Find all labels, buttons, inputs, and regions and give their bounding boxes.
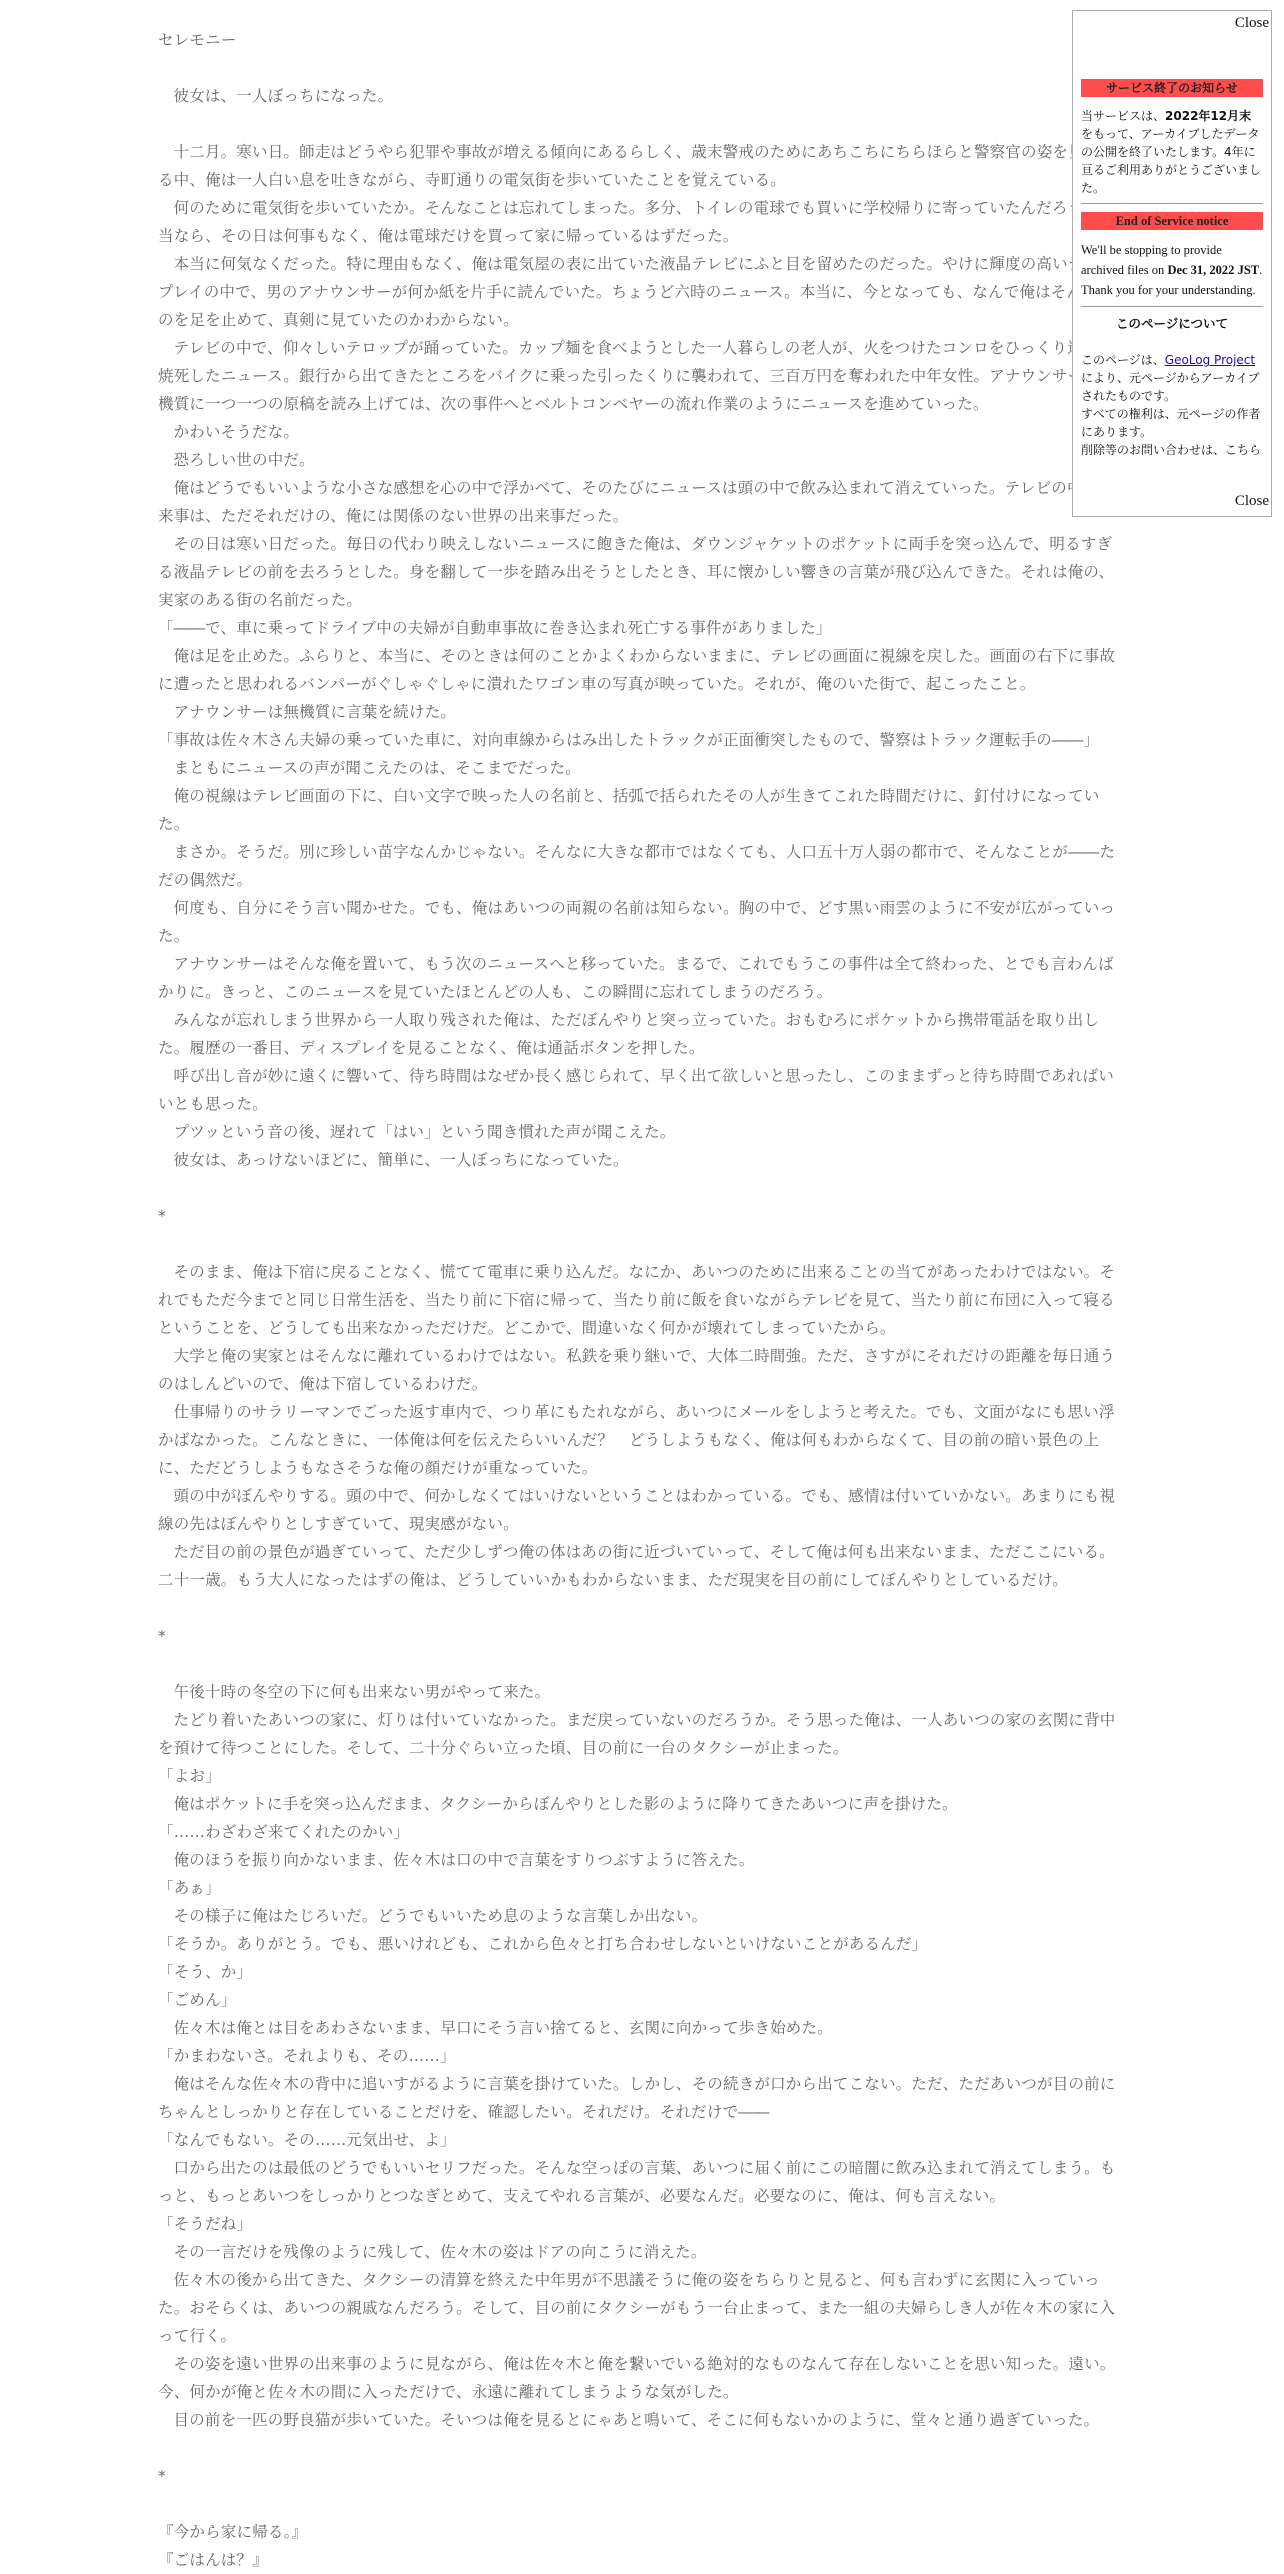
- spacer: [158, 1230, 1120, 1258]
- section-separator: *: [158, 1622, 1120, 1650]
- close-button-top[interactable]: Close: [1235, 15, 1269, 32]
- spacer: [158, 2434, 1120, 2462]
- paragraph: 何度も、自分にそう言い聞かせた。でも、俺はあいつの両親の名前は知らない。胸の中で…: [158, 894, 1120, 950]
- paragraph: 午後十時の冬空の下に何も出来ない男がやって来た。: [158, 1678, 1120, 1706]
- paragraph: 『今から家に帰る。』: [158, 2518, 1120, 2546]
- paragraph: プツッという音の後、遅れて「はい」という聞き慣れた声が聞こえた。: [158, 1118, 1120, 1146]
- paragraph: 「あぁ」: [158, 1874, 1120, 1902]
- notice-date-en: Dec 31, 2022: [1167, 263, 1234, 277]
- notice-banner-jp: サービス終了のお知らせ: [1081, 79, 1263, 97]
- close-button-bottom[interactable]: Close: [1231, 493, 1269, 510]
- notice-text: 当サービスは、: [1081, 109, 1165, 123]
- paragraph: 目の前を一匹の野良猫が歩いていた。そいつは俺を見るとにゃあと鳴いて、そこに何もな…: [158, 2406, 1120, 2434]
- section-separator: *: [158, 2462, 1120, 2490]
- spacer: [158, 54, 1120, 82]
- paragraph: 俺はそんな佐々木の背中に追いすがるように言葉を掛けていた。しかし、その続きが口か…: [158, 2070, 1120, 2126]
- divider: [1081, 306, 1263, 307]
- paragraph: 「ごめん」: [158, 1986, 1120, 2014]
- notice-body-en: We'll be stopping to provide archived fi…: [1081, 240, 1263, 300]
- paragraph: その日は寒い日だった。毎日の代わり映えしないニュースに飽きた俺は、ダウンジャケッ…: [158, 530, 1120, 614]
- paragraph: 「かまわないさ。それよりも、その……」: [158, 2042, 1120, 2070]
- paragraph: ただ目の前の景色が過ぎていって、ただ少しずつ俺の体はあの街に近づいていって、そし…: [158, 1538, 1120, 1594]
- geolog-project-link[interactable]: GeoLog Project: [1165, 353, 1255, 367]
- paragraph: アナウンサーはそんな俺を置いて、もう次のニュースへと移っていた。まるで、これでも…: [158, 950, 1120, 1006]
- paragraph: たどり着いたあいつの家に、灯りは付いていなかった。まだ戻っていないのだろうか。そ…: [158, 1706, 1120, 1762]
- notice-content: サービス終了のお知らせ 当サービスは、2022年12月末をもって、アーカイブした…: [1081, 79, 1263, 455]
- spacer: [158, 1650, 1120, 1678]
- notice-date-jp: 2022年12月末: [1165, 109, 1251, 123]
- paragraph: まさか。そうだ。別に珍しい苗字なんかじゃない。そんなに大きな都市ではなくても、人…: [158, 838, 1120, 894]
- contact-text: 削除等のお問い合わせは、こちら: [1081, 443, 1261, 455]
- article-title: セレモニー: [158, 26, 1120, 54]
- section-2: そのまま、俺は下宿に戻ることなく、慌てて電車に乗り込んだ。なにか、あいつのために…: [158, 1258, 1120, 1594]
- paragraph: 何のために電気街を歩いていたか。そんなことは忘れてしまった。多分、トイレの電球で…: [158, 194, 1120, 250]
- paragraph: 「……わざわざ来てくれたのかい」: [158, 1818, 1120, 1846]
- about-text: このページは、: [1081, 353, 1165, 367]
- spacer: [158, 1594, 1120, 1622]
- contact-text-cut: 削除等のお問い合わせは、こちら: [1081, 441, 1263, 455]
- paragraph: 俺はどうでもいいような小さな感想を心の中で浮かべて、そのたびにニュースは頭の中で…: [158, 474, 1120, 530]
- notice-text: をもって、アーカイブしたデータの公開を終了いたします。4年に亘るご利用ありがとう…: [1081, 127, 1261, 195]
- paragraph: 呼び出し音が妙に遠くに響いて、待ち時間はなぜか長く感じられて、早く出て欲しいと思…: [158, 1062, 1120, 1118]
- paragraph: 俺は足を止めた。ふらりと、本当に、そのときは何のことかよくわからないままに、テレ…: [158, 642, 1120, 698]
- section-3: 午後十時の冬空の下に何も出来ない男がやって来た。たどり着いたあいつの家に、灯りは…: [158, 1678, 1120, 2434]
- paragraph: 大学と俺の実家とはそんなに離れているわけではない。私鉄を乗り継いで、大体二時間強…: [158, 1342, 1120, 1398]
- notice-banner-en: End of Service notice: [1081, 212, 1263, 230]
- paragraph: 十二月。寒い日。師走はどうやら犯罪や事故が増える傾向にあるらしく、歳末警戒のため…: [158, 138, 1120, 194]
- paragraph: まともにニュースの声が聞こえたのは、そこまでだった。: [158, 754, 1120, 782]
- paragraph: テレビの中で、仰々しいテロップが踊っていた。カップ麺を食べようとした一人暮らしの…: [158, 334, 1120, 418]
- rights-text: すべての権利は、元ページの作者にあります。: [1081, 407, 1261, 439]
- opening-line: 彼女は、一人ぼっちになった。: [158, 82, 1120, 110]
- paragraph: 俺の視線はテレビ画面の下に、白い文字で映った人の名前と、括弧で括られたその人が生…: [158, 782, 1120, 838]
- service-notice-popup: Close サービス終了のお知らせ 当サービスは、2022年12月末をもって、ア…: [1072, 10, 1272, 517]
- notice-body-jp: 当サービスは、2022年12月末をもって、アーカイブしたデータの公開を終了いたし…: [1081, 107, 1263, 197]
- about-body: このページは、GeoLog Projectにより、元ページからアーカイブされたも…: [1081, 351, 1263, 455]
- paragraph: 本当に何気なくだった。特に理由もなく、俺は電気屋の表に出ていた液晶テレビにふと目…: [158, 250, 1120, 334]
- paragraph: 口から出たのは最低のどうでもいいセリフだった。そんな空っぽの言葉、あいつに届く前…: [158, 2154, 1120, 2210]
- paragraph: 仕事帰りのサラリーマンでごった返す車内で、つり革にもたれながら、あいつにメールを…: [158, 1398, 1120, 1482]
- paragraph: 彼女は、あっけないほどに、簡単に、一人ぼっちになっていた。: [158, 1146, 1120, 1174]
- paragraph: 『ごはんは？』: [158, 2546, 1120, 2574]
- divider: [1081, 203, 1263, 204]
- notice-timezone: JST: [1238, 263, 1260, 277]
- section-4: 『今から家に帰る。』『ごはんは？』: [158, 2518, 1120, 2574]
- paragraph: 佐々木は俺とは目をあわさないまま、早口にそう言い捨てると、玄関に向かって歩き始め…: [158, 2014, 1120, 2042]
- about-text: により、元ページからアーカイブされたものです。: [1081, 371, 1259, 403]
- paragraph: 恐ろしい世の中だ。: [158, 446, 1120, 474]
- paragraph: 「事故は佐々木さん夫婦の乗っていた車に、対向車線からはみ出したトラックが正面衝突…: [158, 726, 1120, 754]
- paragraph: 「よお」: [158, 1762, 1120, 1790]
- spacer: [158, 2490, 1120, 2518]
- paragraph: 「そう、か」: [158, 1958, 1120, 1986]
- section-separator: *: [158, 1202, 1120, 1230]
- article: セレモニー 彼女は、一人ぼっちになった。 十二月。寒い日。師走はどうやら犯罪や事…: [158, 26, 1120, 2574]
- paragraph: その様子に俺はたじろいだ。どうでもいいため息のような言葉しか出ない。: [158, 1902, 1120, 1930]
- paragraph: その一言だけを残像のように残して、佐々木の姿はドアの向こうに消えた。: [158, 2238, 1120, 2266]
- paragraph: かわいそうだな。: [158, 418, 1120, 446]
- paragraph: 俺のほうを振り向かないまま、佐々木は口の中で言葉をすりつぶすように答えた。: [158, 1846, 1120, 1874]
- about-title: このページについて: [1081, 315, 1263, 333]
- paragraph: 佐々木の後から出てきた、タクシーの清算を終えた中年男が不思議そうに俺の姿をちらり…: [158, 2266, 1120, 2350]
- paragraph: そのまま、俺は下宿に戻ることなく、慌てて電車に乗り込んだ。なにか、あいつのために…: [158, 1258, 1120, 1342]
- paragraph: 頭の中がぼんやりする。頭の中で、何かしなくてはいけないということはわかっている。…: [158, 1482, 1120, 1538]
- paragraph: アナウンサーは無機質に言葉を続けた。: [158, 698, 1120, 726]
- paragraph: 「なんでもない。その……元気出せ、よ」: [158, 2126, 1120, 2154]
- paragraph: その姿を遠い世界の出来事のように見ながら、俺は佐々木と俺を繋いでいる絶対的なもの…: [158, 2350, 1120, 2406]
- spacer: [158, 110, 1120, 138]
- section-1: 十二月。寒い日。師走はどうやら犯罪や事故が増える傾向にあるらしく、歳末警戒のため…: [158, 138, 1120, 1174]
- paragraph: 俺はポケットに手を突っ込んだまま、タクシーからぼんやりとした影のように降りてきた…: [158, 1790, 1120, 1818]
- paragraph: 「――で、車に乗ってドライブ中の夫婦が自動車事故に巻き込まれ死亡する事件がありま…: [158, 614, 1120, 642]
- paragraph: 「そうだね」: [158, 2210, 1120, 2238]
- paragraph: 「そうか。ありがとう。でも、悪いけれども、これから色々と打ち合わせしないといけな…: [158, 1930, 1120, 1958]
- paragraph: みんなが忘れしまう世界から一人取り残された俺は、ただぼんやりと突っ立っていた。お…: [158, 1006, 1120, 1062]
- spacer: [158, 1174, 1120, 1202]
